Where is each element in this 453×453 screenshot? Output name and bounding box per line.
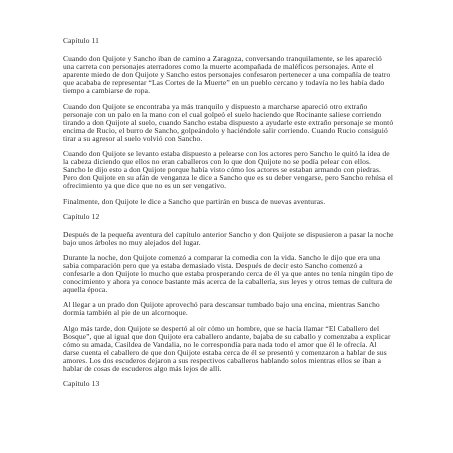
paragraph-pelea-actores: Cuando don Quijote se levanto estaba dis…: [63, 150, 394, 190]
document-text-block: Capítulo 11 Cuando don Quijote y Sancho …: [63, 37, 394, 398]
paragraph-comedia-vida: Durante la noche, don Quijote comenzó a …: [63, 254, 394, 294]
chapter-13-heading: Capítulo 13: [63, 380, 394, 388]
document-page: Capítulo 11 Cuando don Quijote y Sancho …: [0, 0, 453, 453]
paragraph-carreta-personajes: Cuando don Quijote y Sancho iban de cami…: [63, 55, 394, 95]
chapter-12-heading: Capítulo 12: [63, 213, 394, 221]
paragraph-caballero-del-bosque: Algo más tarde, don Quijote se despertó …: [63, 325, 394, 374]
paragraph-finalmente: Finalmente, don Quijote le dice a Sancho…: [63, 198, 394, 206]
paragraph-prado-encina: Al llegar a un prado don Quijote aprovec…: [63, 301, 394, 317]
chapter-11-heading: Capítulo 11: [63, 37, 394, 45]
paragraph-extrano-personaje: Cuando don Quijote se encontraba ya más …: [63, 103, 394, 143]
paragraph-noche-arboles: Después de la pequeña aventura del capít…: [63, 231, 394, 247]
